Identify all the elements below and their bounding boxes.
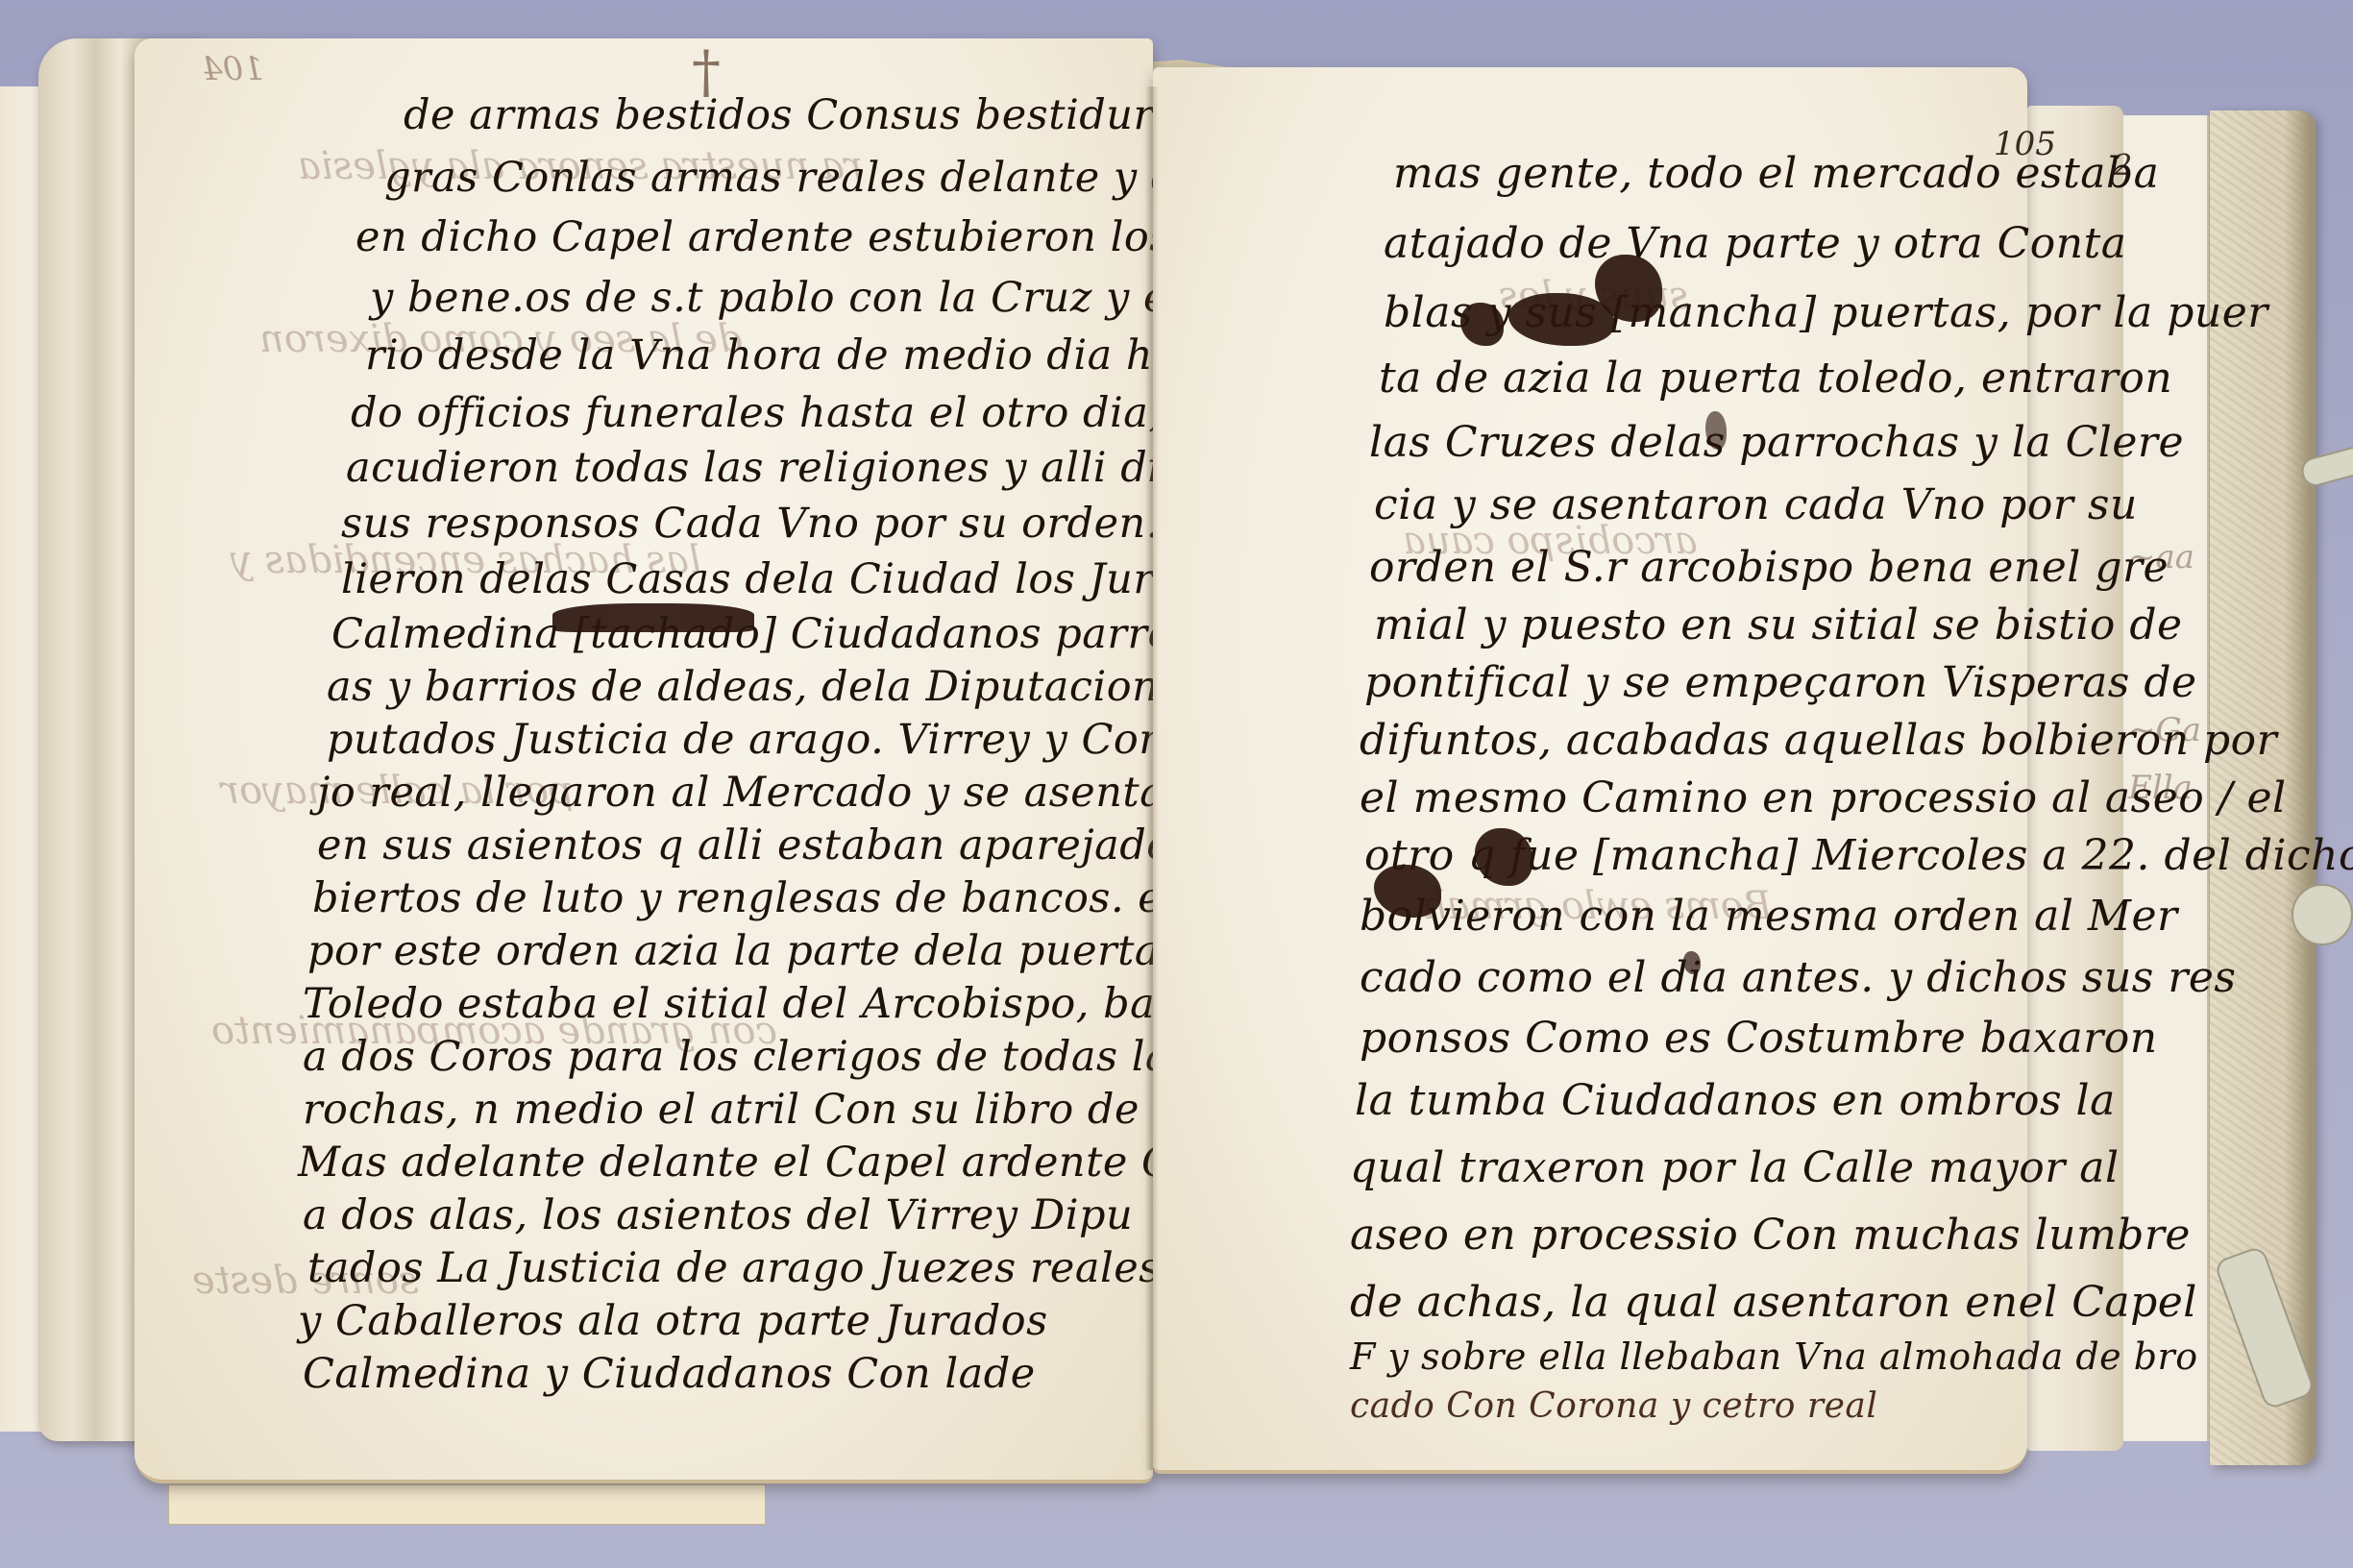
- manuscript-line: cado Con Corona y cetro real: [1350, 1386, 1877, 1426]
- manuscript-line: atajado de Vna parte y otra Conta: [1384, 219, 2127, 268]
- manuscript-line: F y sobre ella llebaban Vna almohada de …: [1350, 1335, 2198, 1378]
- ink-strikethrough-blot: [552, 603, 754, 632]
- manuscript-line: cia y se asentaron cada Vno por su: [1374, 480, 2138, 529]
- manuscript-line: bolvieron con la mesma orden al Mer: [1360, 892, 2178, 941]
- manuscript-line: sus responsos Cada Vno por su orden. sa: [341, 500, 1220, 548]
- manuscript-line: orden el S.r arcobispo bena enel gre: [1369, 543, 2169, 592]
- ink-spot: [1705, 411, 1727, 450]
- manuscript-line: mas gente, todo el mercado estaba: [1393, 149, 2159, 198]
- manuscript-line: de achas, la qual asentaron enel Capel: [1350, 1278, 2197, 1327]
- manuscript-line: biertos de luto y renglesas de bancos. e…: [312, 874, 1279, 922]
- ink-spot: [1683, 951, 1701, 974]
- folio-number-left: 104: [202, 50, 264, 88]
- manuscript-line: aseo en processio Con muchas lumbre: [1350, 1211, 2191, 1260]
- manuscript-line: en sus asientos q alli estaban aparejado…: [317, 821, 1266, 870]
- manuscript-line: jo real, llegaron al Mercado y se asenta…: [317, 769, 1238, 817]
- manuscript-line: la tumba Ciudadanos en ombros la: [1355, 1076, 2116, 1125]
- manuscript-line: mial y puesto en su sitial se bistio de: [1374, 600, 2183, 649]
- manuscript-line: las Cruzes delas parrochas y la Clere: [1369, 418, 2184, 467]
- manuscript-line: a dos alas, los asientos del Virrey Dipu: [303, 1191, 1133, 1239]
- leather-tie-loop: [2292, 884, 2353, 945]
- manuscript-line: Calmedina [tachado] Ciudadanos parrochi: [331, 610, 1238, 658]
- gutter-shadow: [1145, 86, 1159, 1470]
- manuscript-line: el mesmo Camino en processio al aseo / e…: [1360, 773, 2287, 822]
- manuscript-line: pontifical y se empeçaron Visperas de: [1364, 658, 2197, 707]
- manuscript-line: do officios funerales hasta el otro dia,…: [351, 389, 1283, 437]
- manuscript-line: acudieron todas las religiones y alli di…: [346, 444, 1283, 492]
- manuscript-line: ponsos Como es Costumbre baxaron: [1360, 1014, 2158, 1063]
- manuscript-line: y Caballeros ala otra parte Jurados: [298, 1297, 1048, 1345]
- manuscript-line: por este orden azia la parte dela puerta: [307, 927, 1160, 975]
- manuscript-line: qual traxeron por la Calle mayor al: [1350, 1143, 2120, 1192]
- manuscript-line: rio desde la Vna hora de medio dia hazie…: [365, 331, 1266, 380]
- manuscript-line: Mas adelante delante el Capel ardente Co…: [298, 1139, 1263, 1187]
- manuscript-line: Toledo estaba el sitial del Arcobispo, b…: [303, 980, 1253, 1028]
- manuscript-line: cado como el dia antes. y dichos sus res: [1360, 953, 2237, 1002]
- manuscript-line: tados La Justicia de arago Juezes reales: [307, 1244, 1161, 1292]
- manuscript-line: lieron delas Casas dela Ciudad los Jurad…: [341, 555, 1253, 603]
- manuscript-line: difuntos, acabadas aquellas bolbieron po…: [1360, 716, 2277, 765]
- manuscript-line: en dicho Capel ardente estubieron los: [355, 213, 1171, 261]
- loose-leaf-bottom: [168, 1484, 766, 1525]
- manuscript-line: de armas bestidos Consus bestiduras ne: [404, 91, 1266, 139]
- manuscript-line: ta de azia la puerta toledo, entraron: [1379, 354, 2172, 403]
- manuscript-line: rochas, n medio el atril Con su libro de…: [303, 1086, 1280, 1134]
- manuscript-line: a dos Coros para los clerigos de todas l…: [303, 1033, 1278, 1081]
- manuscript-line: Calmedina y Ciudadanos Con lade: [303, 1350, 1036, 1398]
- manuscript-line: putados Justicia de arago. Virrey y Cons…: [327, 716, 1213, 764]
